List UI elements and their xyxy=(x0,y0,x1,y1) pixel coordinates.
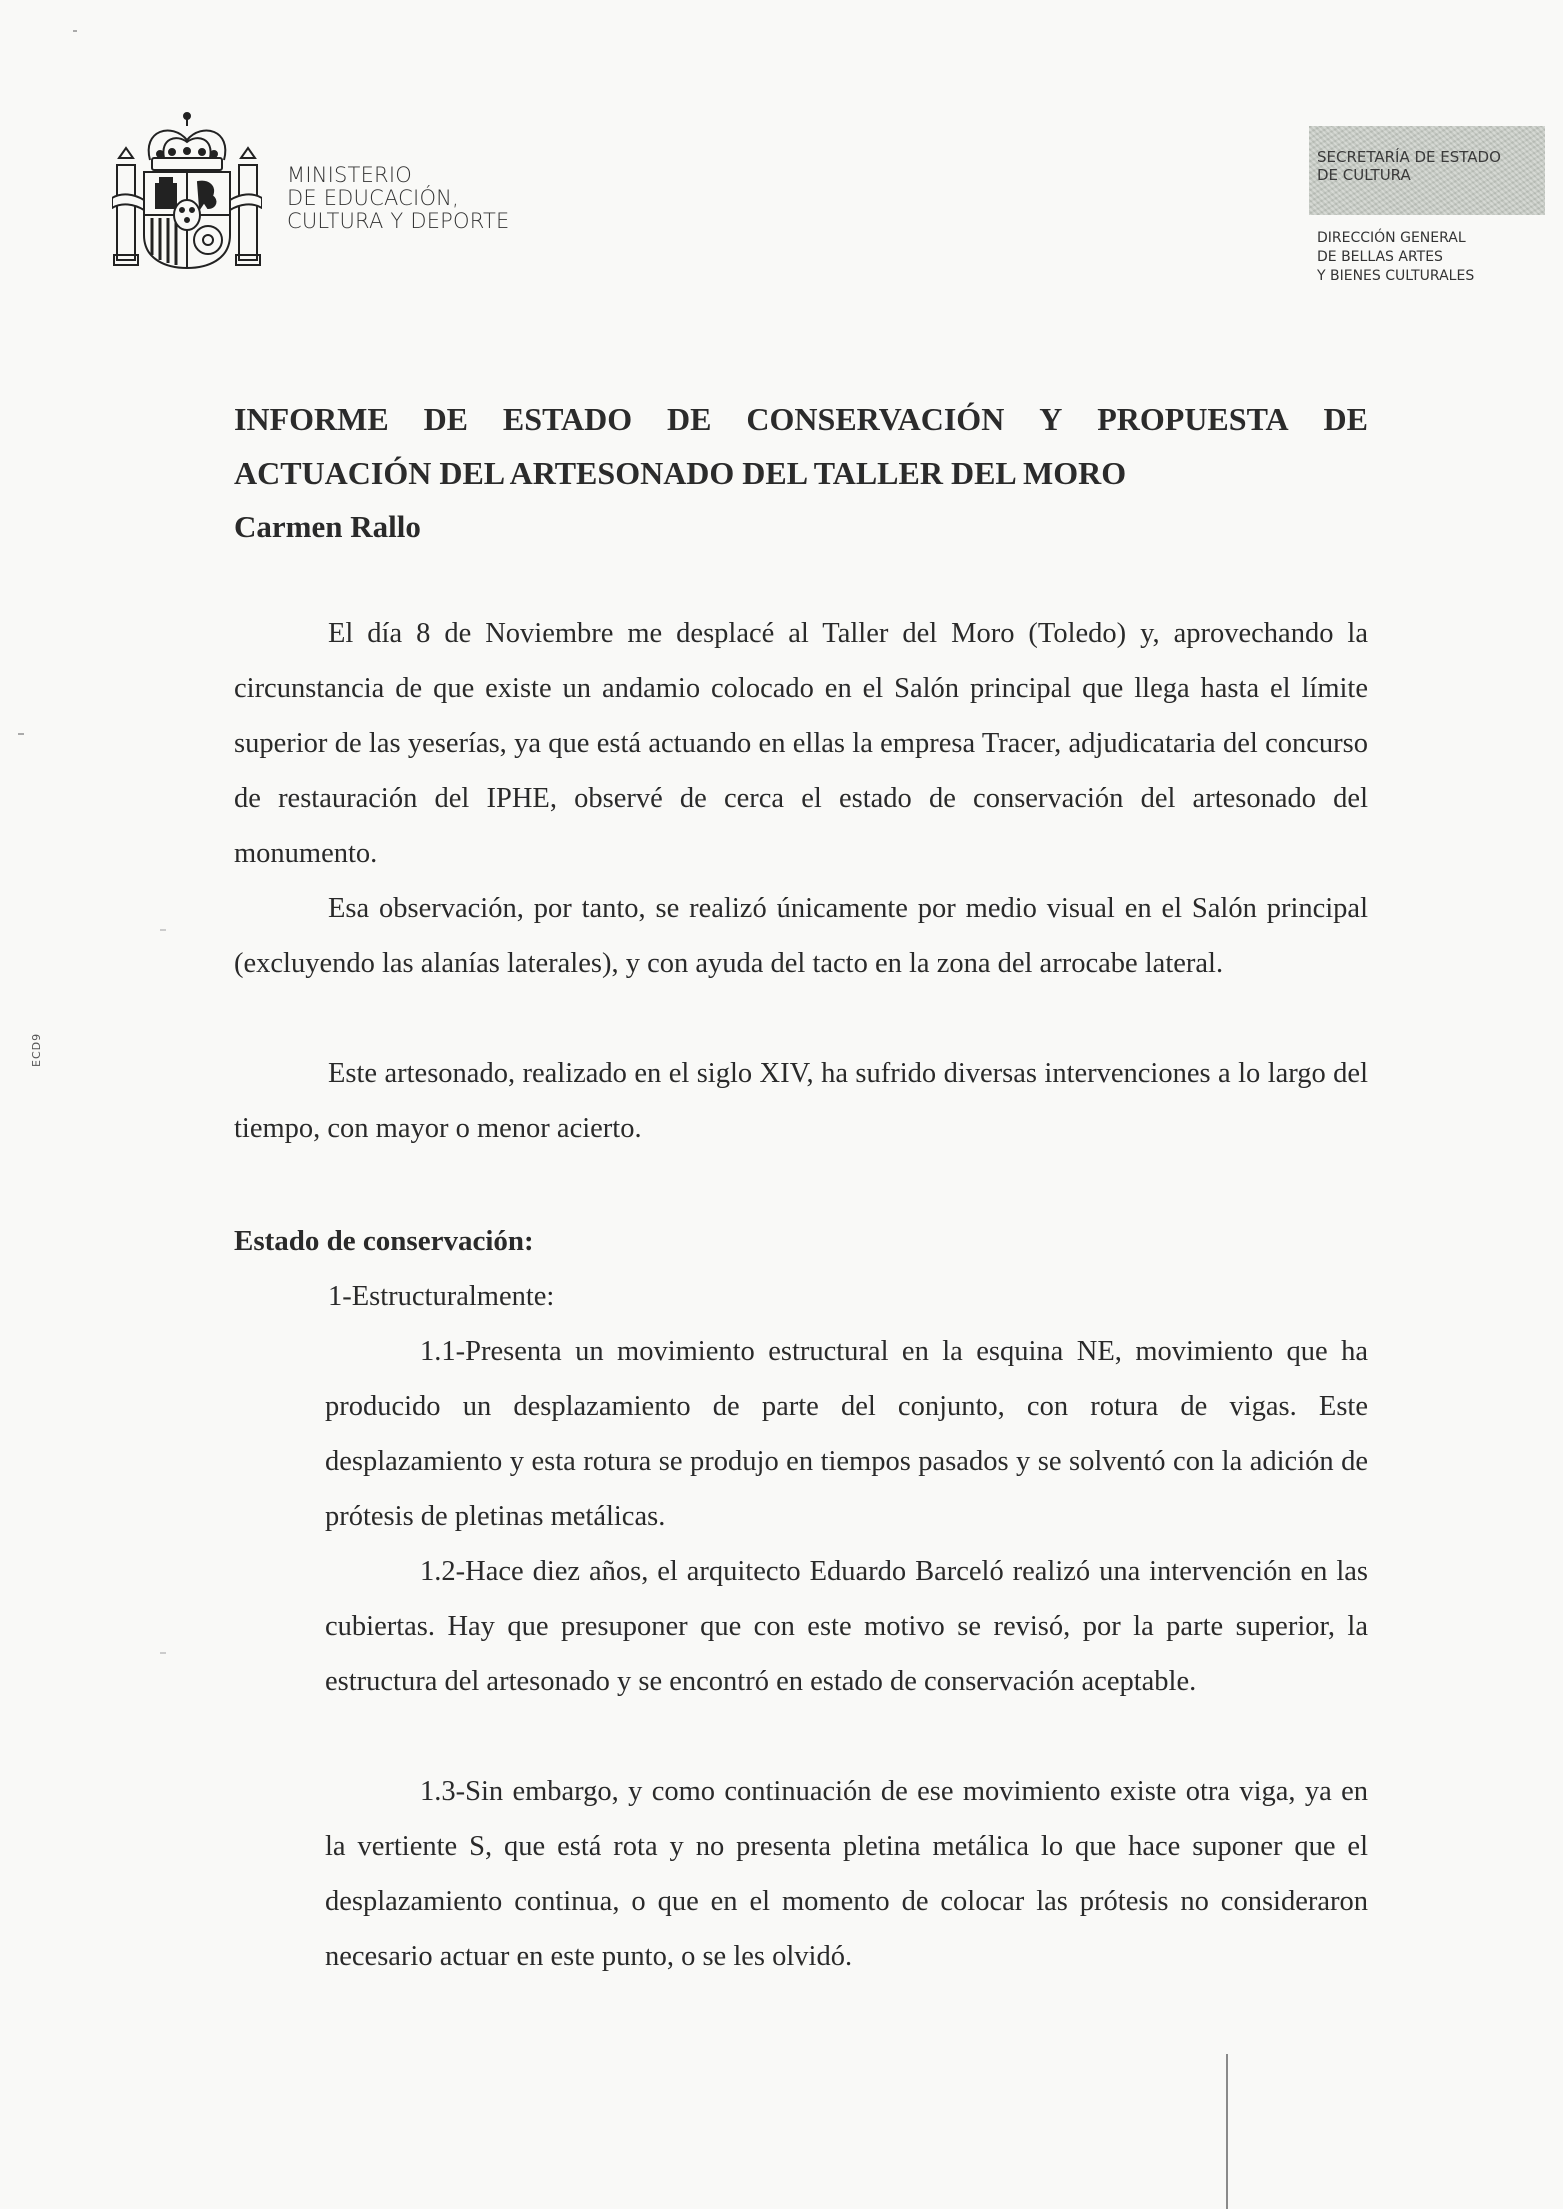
item-1-3: 1.3-Sin embargo, y como continuación de … xyxy=(325,1764,1368,1984)
title-line-2: ACTUACIÓN DEL ARTESONADO DEL TALLER DEL … xyxy=(234,446,1368,500)
secretariat-line: DE CULTURA xyxy=(1317,166,1501,184)
title-line-1: INFORME DE ESTADO DE CONSERVACIÓN Y PROP… xyxy=(234,392,1368,446)
paragraph-intro: El día 8 de Noviembre me desplacé al Tal… xyxy=(234,606,1368,881)
ministry-line: MINISTERIO xyxy=(287,164,510,187)
title-word: DE xyxy=(424,392,468,446)
scan-speck xyxy=(160,929,166,931)
directorate-line: DIRECCIÓN GENERAL xyxy=(1317,229,1474,248)
title-word: ESTADO xyxy=(503,392,632,446)
document-title: INFORME DE ESTADO DE CONSERVACIÓN Y PROP… xyxy=(234,392,1368,500)
subsection-heading: 1-Estructuralmente: xyxy=(328,1269,554,1324)
title-word: DE xyxy=(667,392,711,446)
secretariat-line: SECRETARÍA DE ESTADO xyxy=(1317,148,1501,166)
vertical-rule xyxy=(1226,2054,1228,2209)
spain-coat-of-arms-icon xyxy=(112,110,262,272)
ministry-line: CULTURA Y DEPORTE xyxy=(287,210,510,233)
directorate-line: DE BELLAS ARTES xyxy=(1317,248,1474,267)
title-word: PROPUESTA xyxy=(1097,392,1288,446)
paragraph-observation: Esa observación, por tanto, se realizó ú… xyxy=(234,881,1368,991)
section-heading: Estado de conservación: xyxy=(234,1214,534,1269)
ministry-name: MINISTERIO DE EDUCACIÓN, CULTURA Y DEPOR… xyxy=(287,164,510,233)
scan-speck xyxy=(18,733,24,735)
item-1-1: 1.1-Presenta un movimiento estructural e… xyxy=(325,1324,1368,1544)
paragraph-history: Este artesonado, realizado en el siglo X… xyxy=(234,1046,1368,1156)
ministry-line: DE EDUCACIÓN, xyxy=(287,187,510,210)
item-1-2: 1.2-Hace diez años, el arquitecto Eduard… xyxy=(325,1544,1368,1709)
scan-speck xyxy=(73,30,77,32)
title-word: CONSERVACIÓN xyxy=(746,392,1004,446)
title-word: Y xyxy=(1039,392,1062,446)
directorate-line: Y BIENES CULTURALES xyxy=(1317,267,1474,286)
title-word: INFORME xyxy=(234,392,389,446)
side-code: ECD9 xyxy=(30,1033,43,1067)
scan-speck xyxy=(160,1652,166,1654)
directorate-label: DIRECCIÓN GENERAL DE BELLAS ARTES Y BIEN… xyxy=(1317,229,1474,286)
author-name: Carmen Rallo xyxy=(234,500,421,554)
secretariat-label: SECRETARÍA DE ESTADO DE CULTURA xyxy=(1317,148,1501,184)
title-word: DE xyxy=(1324,392,1368,446)
